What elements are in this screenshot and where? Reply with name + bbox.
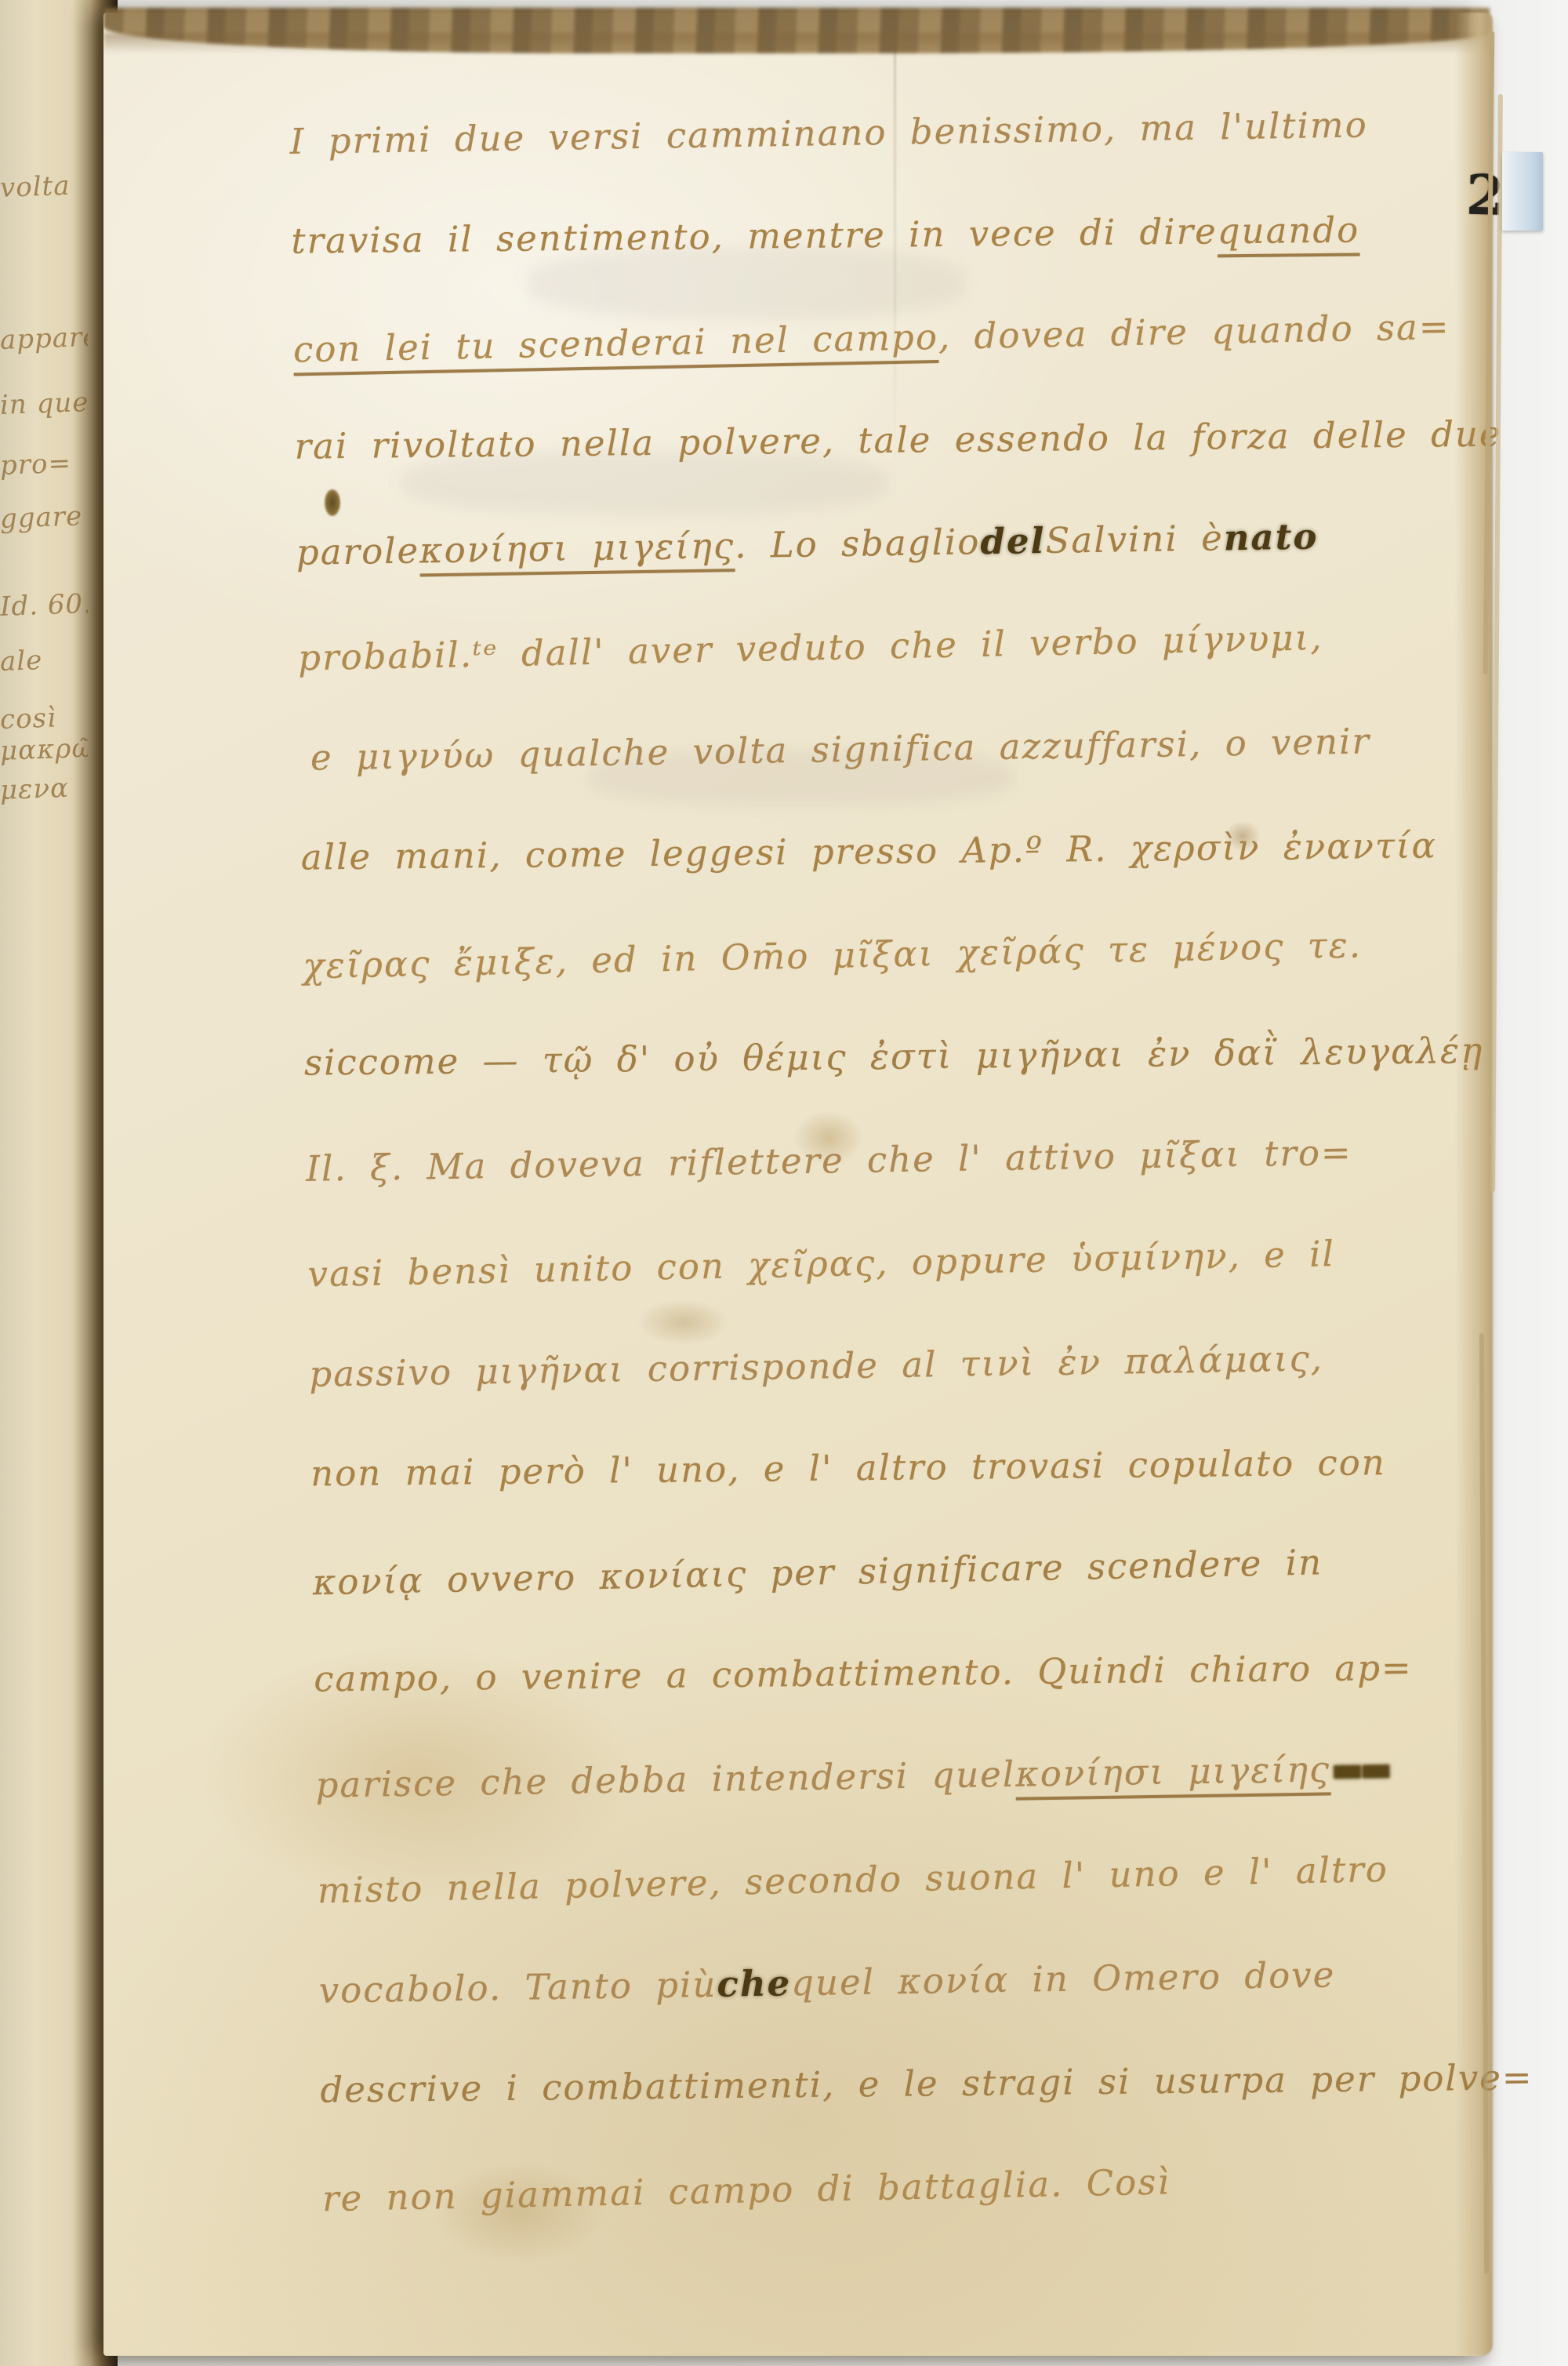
- handwritten-text: Salvini è: [1045, 520, 1224, 558]
- bookmark-tab[interactable]: [1502, 152, 1543, 231]
- facing-page-fragment: appare: [0, 322, 89, 356]
- facing-page-fragment: Id. 60.ᵃ: [0, 588, 89, 623]
- handwritten-text: parole: [296, 532, 420, 569]
- dark-ink-word: nato: [1223, 518, 1318, 555]
- facing-page-fragment: in ques.: [0, 387, 89, 421]
- facing-page-fragment: volta: [0, 169, 89, 204]
- crossed-out-word: ▬▬: [1330, 1750, 1388, 1786]
- manuscript-line: travisa il sentimento, mentre in vece di…: [290, 143, 1561, 259]
- handwritten-text: . Lo sbaglio: [735, 524, 981, 563]
- manuscript-line: descrive i combattimenti, e le stragi si…: [319, 1991, 1568, 2107]
- facing-page-fragment: ggare: [0, 500, 89, 535]
- manuscript-scan: voltaapparein ques.pro=ggareId. 60.ᵃalec…: [0, 0, 1568, 2366]
- manuscript-text: I primi due versi camminano benissimo, m…: [289, 37, 1568, 2214]
- manuscript-line: alle mani, come leggesi presso Ap.º R. χ…: [300, 759, 1568, 875]
- manuscript-line: non mai però l' uno, e l' altro trovasi …: [310, 1376, 1568, 1492]
- manuscript-line: campo, o venire a combattimento. Quindi …: [313, 1581, 1568, 1697]
- underlined-phrase: κονίησι μιγείης: [419, 528, 735, 568]
- facing-page-fragment: ale: [0, 643, 89, 678]
- facing-page-fragment: pro=: [0, 447, 89, 482]
- handwritten-text: campo, o venire a combattimento. Quindi …: [314, 1650, 1413, 1697]
- handwritten-text: quel κονία in Omero dove: [791, 1957, 1336, 2001]
- facing-page-fragment: così: [0, 701, 89, 736]
- handwritten-text: re non giammai campo di battaglia. Così: [322, 2164, 1171, 2216]
- facing-page-strip: voltaapparein ques.pro=ggareId. 60.ᵃalec…: [0, 0, 118, 2366]
- facing-page-fragment: μακρῶ: [0, 732, 89, 767]
- manuscript-page: 21 I primi due versi camminano benissimo…: [103, 13, 1490, 2356]
- manuscript-line: rai rivoltato nella polvere, tale essend…: [293, 348, 1564, 464]
- manuscript-line: siccome — τῷ δ' οὐ θέμις ἐστὶ μιγῆναι ἐν…: [303, 965, 1568, 1081]
- handwritten-text: , dovea dire quando sa=: [938, 309, 1450, 354]
- dark-ink-word: che: [717, 1965, 791, 2001]
- manuscript-line: I primi due versi camminano benissimo, m…: [289, 37, 1560, 159]
- facing-page-fragment: μενα: [0, 772, 89, 806]
- dark-ink-word: del: [980, 523, 1046, 559]
